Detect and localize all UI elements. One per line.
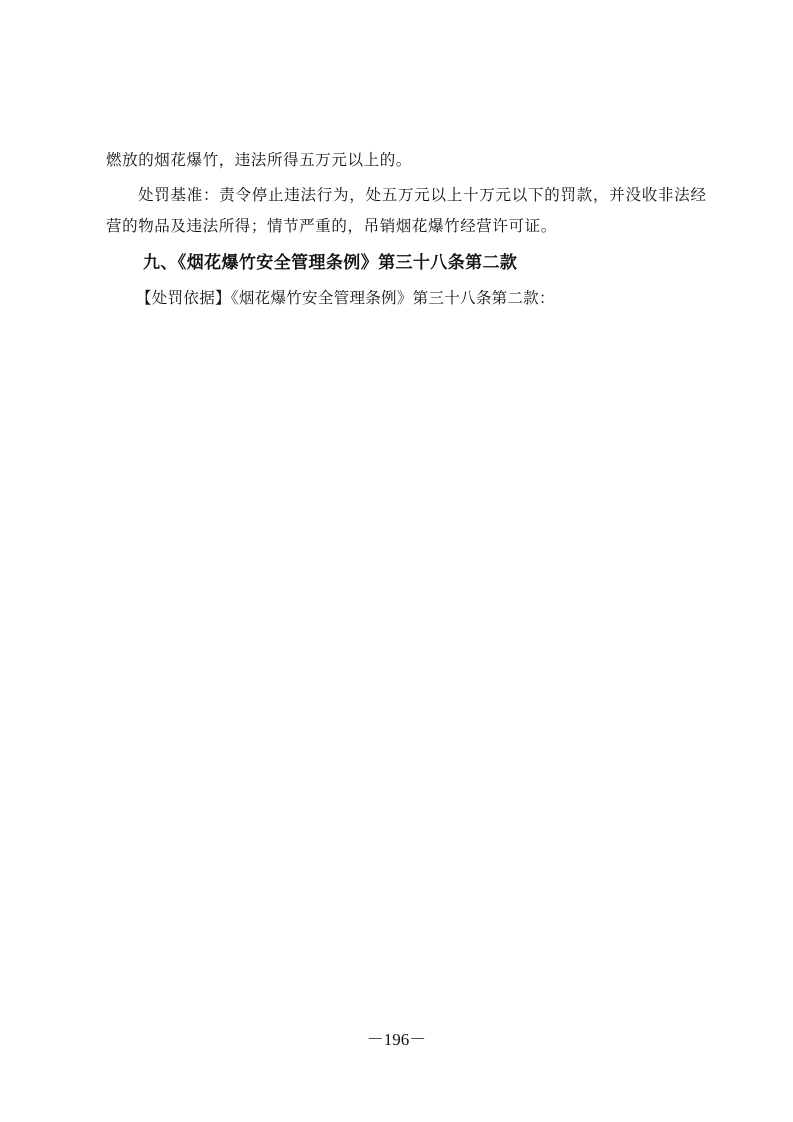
section-heading: 九、《烟花爆竹安全管理条例》第三十八条第二款 [143, 252, 517, 274]
page-number: －196－ [0, 1029, 793, 1051]
penalty-standard-paragraph-continued: 营的物品及违法所得；情节严重的，吊销烟花爆竹经营许可证。 [106, 216, 557, 236]
penalty-standard-paragraph: 处罚基准：责令停止违法行为，处五万元以上十万元以下的罚款，并没收非法经 [138, 185, 707, 205]
penalty-basis-line: 【处罚依据】《烟花爆竹安全管理条例》第三十八条第二款： [136, 288, 555, 308]
paragraph-continuation: 燃放的烟花爆竹，违法所得五万元以上的。 [106, 150, 412, 170]
document-page: 燃放的烟花爆竹，违法所得五万元以上的。 处罚基准：责令停止违法行为，处五万元以上… [0, 0, 793, 1122]
